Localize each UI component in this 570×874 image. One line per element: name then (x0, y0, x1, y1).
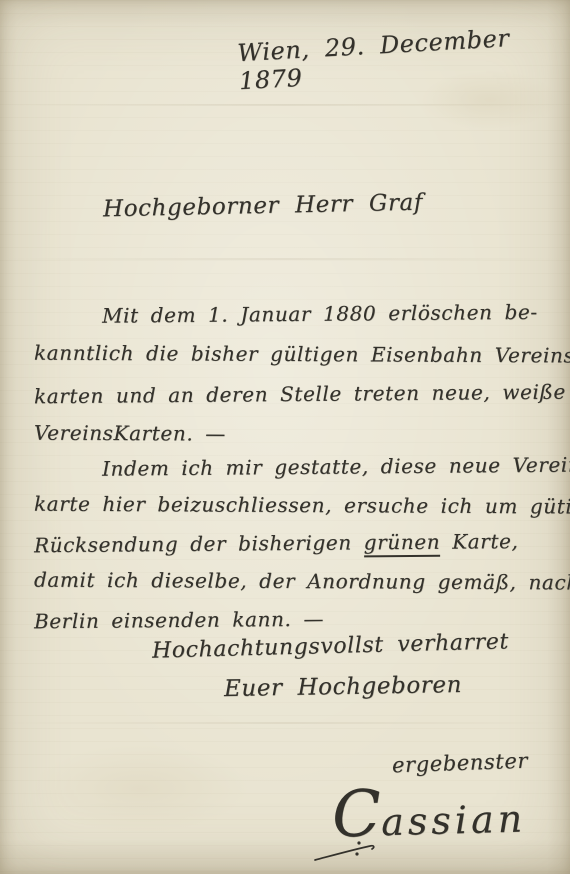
letter-line: karten und an deren Stelle treten neue, … (34, 372, 554, 417)
letter-line: karte hier beizuschliessen, ersuche ich … (34, 485, 554, 526)
paper-stain (30, 744, 250, 834)
underlined-word: grünen (364, 530, 441, 558)
letter-line: kanntlich die bisher gültigen Eisenbahn … (34, 333, 554, 376)
flourish-mark-icon (312, 840, 382, 868)
closing-addressee: Euer Hochgeboren (224, 672, 462, 702)
line-text: Karte, (440, 529, 518, 554)
paper-crease (0, 258, 570, 260)
body-paragraph-1: Mit dem 1. Januar 1880 erlöschen be- kan… (34, 294, 554, 454)
letter-line: Rücksendung der bisherigen grünen Karte, (34, 522, 554, 565)
letter-line: Mit dem 1. Januar 1880 erlöschen be- (34, 292, 554, 337)
letter-line: Indem ich mir gestatte, diese neue Verei… (34, 446, 554, 489)
letter-line: damit ich dieselbe, der Anordnung gemäß,… (34, 561, 554, 602)
paper-crease (0, 722, 570, 724)
paper-crease (0, 104, 570, 106)
line-text: Rücksendung der bisherigen (34, 530, 364, 557)
body-paragraph-2: Indem ich mir gestatte, diese neue Verei… (34, 448, 554, 638)
